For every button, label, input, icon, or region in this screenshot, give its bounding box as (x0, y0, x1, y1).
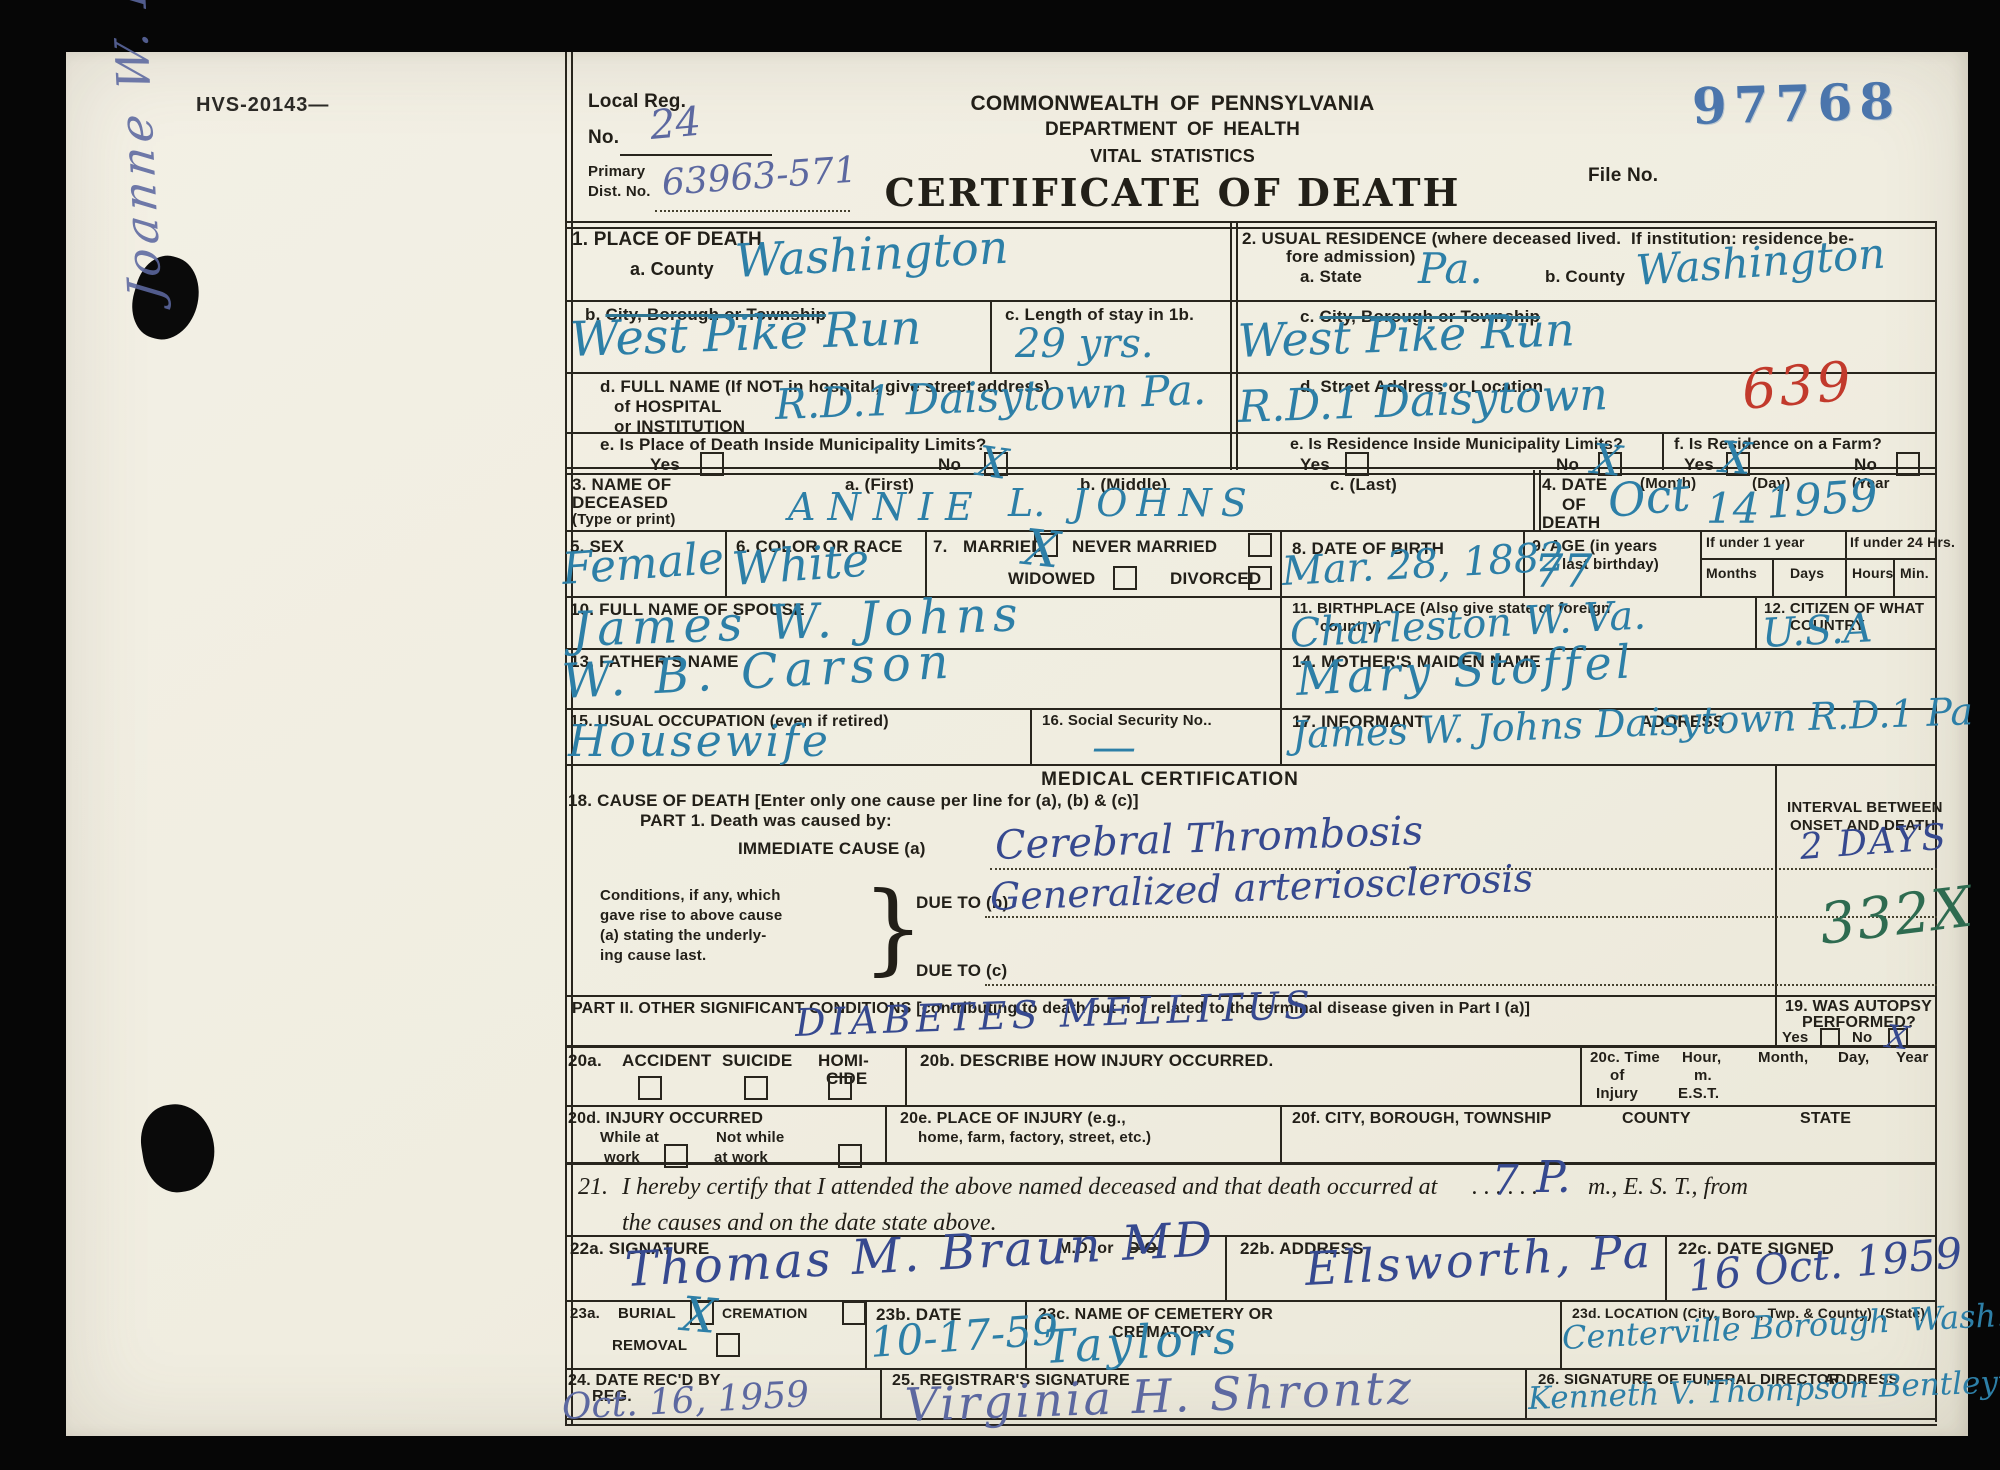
s2a-state-value: Pa. (1418, 248, 1483, 290)
s19-yes-label: Yes (1782, 1030, 1808, 1047)
line (565, 1105, 1937, 1107)
s20e-label2: home, farm, factory, street, etc.) (918, 1130, 1151, 1147)
s4-day-value: 14 (1706, 488, 1759, 530)
medical-certification-heading: MEDICAL CERTIFICATION (565, 770, 1775, 791)
s19-no-label: No (1852, 1030, 1872, 1047)
s20f-state-label: STATE (1800, 1110, 1851, 1128)
s20a-suicide-label: SUICIDE (722, 1052, 792, 1071)
s9-age-value: 77 (1534, 548, 1593, 594)
s1e-no-label: No (938, 456, 961, 475)
checkbox-20a-homicide (828, 1076, 852, 1100)
s9-hours-label: Hours (1852, 566, 1893, 581)
s20d-not-while-label: Not while (716, 1130, 784, 1147)
s23a-burial-label: BURIAL (618, 1306, 676, 1323)
s2b-label: b. County (1545, 268, 1625, 287)
s20c-of-label: of (1610, 1068, 1625, 1085)
line (1280, 1105, 1282, 1162)
interval-a-value: 2 DAYS (1799, 820, 1949, 866)
s2c-city-value: West Pike Run (1237, 306, 1575, 364)
s3-label3: (Type or print) (572, 512, 676, 529)
s18-due-c-label: DUE TO (c) (916, 962, 1007, 981)
scanned-death-certificate: HVS-20143— Joanne W. Bruce 97768 Local R… (0, 0, 2000, 1470)
s20d-at-work-label: at work (714, 1150, 768, 1167)
s20c-time-label: 20c. Time (1590, 1050, 1660, 1067)
checkbox-20a-suicide (744, 1076, 768, 1100)
line (985, 916, 1937, 918)
s20d-work-label: work (604, 1150, 640, 1167)
s20a-accident-label: ACCIDENT (622, 1052, 711, 1071)
line (565, 372, 1937, 374)
line (1225, 1235, 1227, 1300)
s1e-label: e. Is Place of Death Inside Municipality… (600, 436, 987, 455)
s3-label2: DECEASED (572, 494, 668, 513)
conditions-brace: } (862, 872, 924, 986)
checkbox-7-never-married (1248, 533, 1272, 557)
certificate-number-stamp: 97768 (1691, 71, 1901, 135)
s18-conditions-label2: gave rise to above cause (600, 908, 782, 925)
s9-under1yr-label: If under 1 year (1706, 535, 1805, 550)
s3-label1: 3. NAME OF (572, 476, 671, 495)
s21-certify-text1: I hereby certify that I attended the abo… (622, 1174, 1437, 1201)
line (985, 984, 1937, 986)
s20f-label: 20f. CITY, BOROUGH, TOWNSHIP (1292, 1110, 1552, 1128)
checkbox-mark-23a-burial: X (680, 1290, 718, 1341)
checkbox-mark-1e-no: X (975, 440, 1010, 486)
local-reg-no-value: 24 (648, 102, 702, 146)
s21-ampm-value: P. (1536, 1156, 1571, 1200)
org-line2: DEPARTMENT OF HEALTH (565, 120, 1780, 141)
s9-under24-label: If under 24 Hrs. (1850, 535, 1955, 550)
s1a-label: a. County (630, 260, 714, 280)
s7-number: 7. (933, 538, 948, 557)
s20c-injury-label: Injury (1596, 1086, 1638, 1103)
s4-label2: OF (1562, 496, 1586, 515)
line (1700, 558, 1937, 560)
s1a-county-value: Washington (734, 224, 1010, 284)
s1c-length-value: 29 yrs. (1015, 324, 1154, 364)
line (725, 530, 727, 596)
s6-race-value: White (730, 536, 870, 591)
s2f-label: f. Is Residence on a Farm? (1674, 436, 1882, 454)
checkbox-mark-7-married: X (1021, 522, 1062, 575)
form-code: HVS-20143— (196, 94, 329, 116)
s18-conditions-label3: (a) stating the underly- (600, 928, 766, 945)
s15-occupation-value: Housewife (568, 720, 831, 764)
checkbox-19-yes (1820, 1028, 1840, 1048)
s23b-date-value: 10-17-59 (869, 1309, 1060, 1364)
s20c-month-label: Month, (1758, 1050, 1808, 1067)
s18-conditions-label1: Conditions, if any, which (600, 888, 781, 905)
line (1845, 530, 1847, 596)
line (565, 1300, 1937, 1302)
checkbox-20d-while-at-work (664, 1144, 688, 1168)
s9-min-label: Min. (1900, 566, 1929, 581)
s1d-label2: of HOSPITAL (614, 398, 722, 417)
s1b-city-value: West Pike Run (569, 304, 922, 364)
checkbox-7-divorced (1248, 566, 1272, 590)
checkbox-1e-yes (700, 452, 724, 476)
s23a-number: 23a. (570, 1306, 600, 1323)
s9-months-label: Months (1706, 566, 1757, 581)
s18-immediate-cause-label: IMMEDIATE CAUSE (a) (738, 840, 926, 859)
s20b-label: 20b. DESCRIBE HOW INJURY OCCURRED. (920, 1052, 1273, 1071)
line (990, 300, 992, 372)
s21-certify-text2: m., E. S. T., from (1588, 1174, 1748, 1201)
line (1662, 432, 1664, 470)
checkbox-20a-accident (638, 1076, 662, 1100)
org-line1: COMMONWEALTH OF PENNSYLVANIA (565, 92, 1780, 115)
line (1030, 708, 1032, 764)
line (1525, 1368, 1527, 1418)
s7-never-married-label: NEVER MARRIED (1072, 538, 1217, 557)
s2e-label: e. Is Residence Inside Municipality Limi… (1290, 436, 1623, 454)
checkbox-23a-cremation (842, 1301, 866, 1325)
s20f-county-label: COUNTY (1622, 1110, 1691, 1128)
s18-conditions-label4: ing cause last. (600, 948, 706, 965)
s4-label3: DEATH (1542, 514, 1600, 533)
checkbox-2f-no (1896, 452, 1920, 476)
s3-last-value: JOHNS (1072, 484, 1256, 522)
line (565, 1162, 1937, 1165)
s20a-homi-label: HOMI- (818, 1052, 869, 1071)
checkbox-mark-2f-yes: X (1718, 436, 1752, 482)
s3-first-value: ANNIE (788, 488, 985, 526)
s3-middle-value: L. (1008, 484, 1045, 522)
interval-heading1: INTERVAL BETWEEN (1787, 800, 1943, 817)
s21-number: 21. (578, 1174, 608, 1201)
line (905, 1045, 907, 1105)
s20c-hour-label: Hour, (1682, 1050, 1721, 1067)
line (1230, 221, 1238, 470)
s20c-day-label: Day, (1838, 1050, 1869, 1067)
s20c-est-label: E.S.T. (1678, 1086, 1719, 1103)
s2e-yes-label: Yes (1300, 456, 1330, 475)
s23a-cremation-label: CREMATION (722, 1306, 808, 1321)
line (1580, 1045, 1582, 1105)
checkbox-mark-19-no: X (1884, 1020, 1910, 1054)
s5-sex-value: Female (560, 537, 725, 592)
file-no-label: File No. (1588, 166, 1658, 187)
s2f-yes-label: Yes (1684, 456, 1714, 475)
line (885, 1105, 887, 1162)
s18-part1-label: PART 1. Death was caused by: (640, 812, 892, 831)
line (1700, 530, 1702, 596)
s1e-yes-label: Yes (650, 456, 680, 475)
line (1533, 470, 1541, 530)
s2e-no-label: No (1556, 456, 1579, 475)
s4-year-value: 1959 (1764, 474, 1879, 526)
header-divider (565, 221, 1937, 229)
s20a-number: 20a. (568, 1052, 602, 1071)
s23c-cemetery-value: Taylors (1043, 1314, 1242, 1370)
line (1775, 995, 1777, 1045)
s3-last-label: c. (Last) (1330, 476, 1397, 495)
s21-time-value: 7 (1492, 1160, 1519, 1202)
s2d-street-value: R.D.1 Daisytown (1237, 373, 1608, 430)
line (880, 1368, 882, 1418)
s19-label1: 19. WAS AUTOPSY (1785, 998, 1932, 1016)
line (1775, 764, 1777, 995)
s2d-red-number: 639 (1740, 354, 1856, 418)
s20c-m-label: m. (1694, 1068, 1712, 1085)
checkbox-20d-not-while-at-work (838, 1144, 862, 1168)
s4-month-value: Oct (1606, 471, 1692, 524)
s2a-label: a. State (1300, 268, 1362, 287)
line (1665, 1235, 1667, 1300)
line (565, 1045, 1937, 1048)
s2-title2: fore admission) (1286, 248, 1416, 267)
s12-citizen-value: U.S.A (1761, 608, 1873, 654)
line (925, 530, 927, 596)
checkbox-2e-yes (1345, 452, 1369, 476)
s23a-removal-label: REMOVAL (612, 1338, 687, 1355)
s16-ssn-value: — (1092, 726, 1136, 770)
checkbox-7-widowed (1113, 566, 1137, 590)
s9-days-label: Days (1790, 566, 1824, 581)
s20d-label: 20d. INJURY OCCURRED (568, 1110, 763, 1128)
s20d-while-at-label: While at (600, 1130, 659, 1147)
line (1772, 558, 1774, 596)
line (1755, 596, 1757, 648)
s18-label: 18. CAUSE OF DEATH [Enter only one cause… (568, 792, 1139, 811)
line (565, 300, 1937, 302)
s20e-label1: 20e. PLACE OF INJURY (e.g., (900, 1110, 1126, 1128)
checkbox-23a-removal (716, 1333, 740, 1357)
s1d-label3: or INSTITUTION (614, 418, 745, 437)
